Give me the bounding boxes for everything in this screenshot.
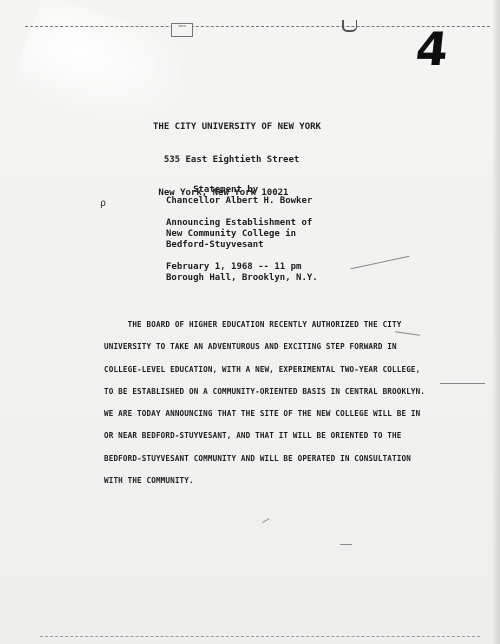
- subject-line: Bedford-Stuyvesant: [166, 240, 318, 251]
- paper-clip-mark: [342, 20, 357, 32]
- statement-author: Chancellor Albert H. Bowker: [166, 196, 318, 207]
- body-line: WITH THE COMMUNITY.: [104, 476, 494, 498]
- body-line: BEDFORD-STUYVESANT COMMUNITY AND WILL BE…: [104, 454, 494, 476]
- statement-heading: Statement by: [166, 185, 318, 196]
- pencil-scratch: [351, 256, 410, 269]
- body-line: WE ARE TODAY ANNOUNCING THAT THE SITE OF…: [104, 409, 494, 431]
- statement-body: THE BOARD OF HIGHER EDUCATION RECENTLY A…: [104, 320, 494, 498]
- body-line: TO BE ESTABLISHED ON A COMMUNITY-ORIENTE…: [104, 387, 494, 409]
- statement-info: Statement by Chancellor Albert H. Bowker…: [166, 185, 318, 284]
- bottom-fold-line: [40, 636, 480, 638]
- body-line: OR NEAR BEDFORD-STUYVESANT, AND THAT IT …: [104, 431, 494, 453]
- page-edge-shadow: [492, 0, 500, 644]
- pencil-scratch: [262, 518, 269, 523]
- body-line: UNIVERSITY TO TAKE AN ADVENTUROUS AND EX…: [104, 342, 494, 364]
- body-line: COLLEGE-LEVEL EDUCATION, WITH A NEW, EXP…: [104, 365, 494, 387]
- subject-line: Announcing Establishment of: [166, 218, 318, 229]
- margin-pen-mark: ρ: [100, 198, 106, 209]
- street-address: 535 East Eightieth Street: [153, 155, 321, 166]
- statement-location: Borough Hall, Brooklyn, N.Y.: [166, 273, 318, 284]
- handwritten-page-number: 4: [413, 22, 451, 76]
- institution-name: THE CITY UNIVERSITY OF NEW YORK: [153, 122, 321, 133]
- body-line: THE BOARD OF HIGHER EDUCATION RECENTLY A…: [104, 320, 494, 342]
- subject-line: New Community College in: [166, 229, 318, 240]
- statement-date: February 1, 1968 -- 11 pm: [166, 262, 318, 273]
- document-page: ARCH 4 THE CITY UNIVERSITY OF NEW YORK 5…: [0, 0, 500, 644]
- archive-stamp: ARCH: [171, 23, 193, 37]
- pencil-scratch: [340, 544, 352, 545]
